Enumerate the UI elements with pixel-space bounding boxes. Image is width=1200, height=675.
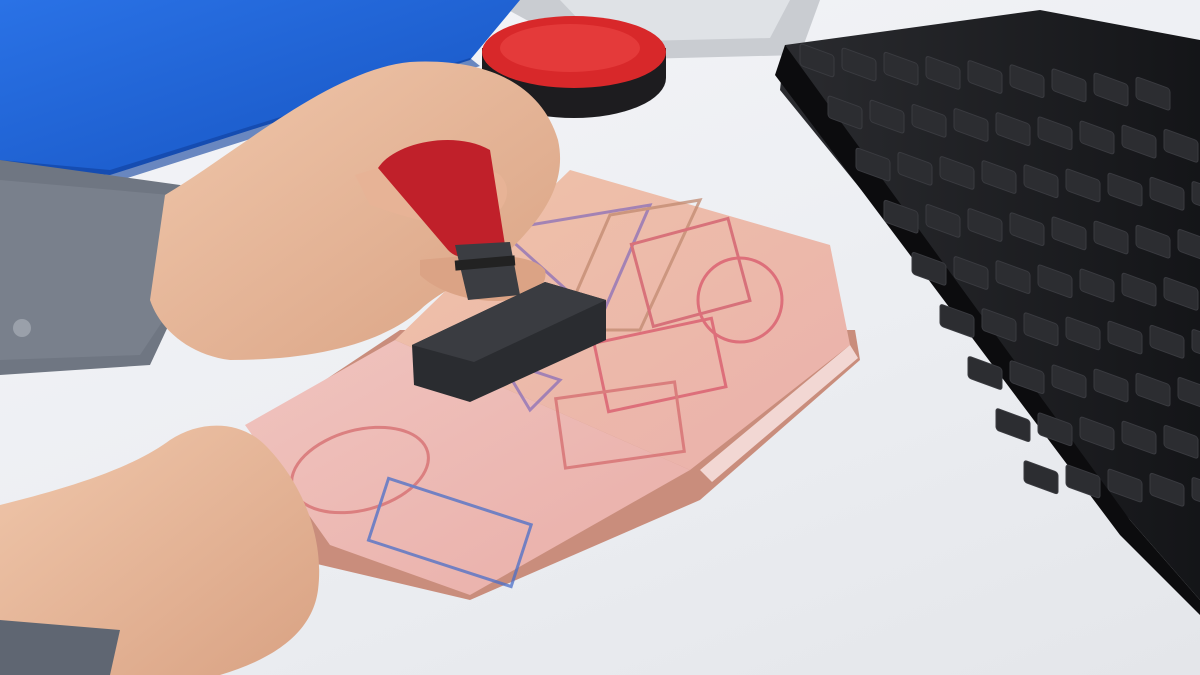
photo-scene — [0, 0, 1200, 675]
left-hand — [0, 426, 319, 675]
